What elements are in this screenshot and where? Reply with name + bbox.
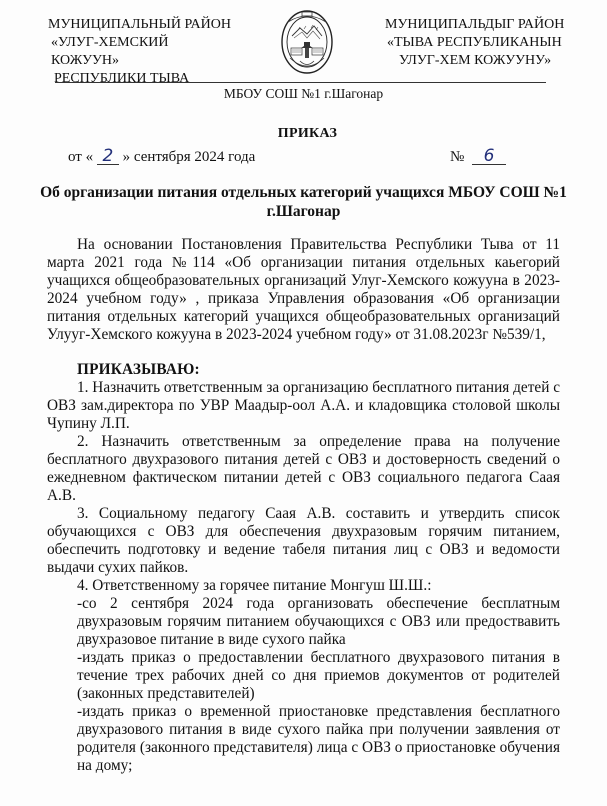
coat-of-arms-icon xyxy=(280,8,334,76)
header-right-line: «ТЫВА РЕСПУБЛИКАНЫН xyxy=(375,34,575,52)
header-left-line: «УЛУГ-ХЕМСКИЙ КОЖУУН» xyxy=(40,34,240,70)
header-divider xyxy=(55,82,546,83)
order-subitem-1: -со 2 сентября 2024 года организовать об… xyxy=(47,595,560,649)
order-item-4: 4. Ответственному за горячее питание Мон… xyxy=(47,577,560,595)
header-right-line: МУНИЦИПАЛЬДЫГ РАЙОН xyxy=(375,16,575,34)
date-suffix: » сентября 2024 года xyxy=(123,149,256,165)
order-number: № 6 xyxy=(450,147,506,167)
header-left-block: МУНИЦИПАЛЬНЫЙ РАЙОН «УЛУГ-ХЕМСКИЙ КОЖУУН… xyxy=(40,16,240,88)
date-prefix: от « xyxy=(68,149,93,165)
order-item-2: 2. Назначить ответственным за определени… xyxy=(47,433,560,505)
subject-line: Об организации питания отдельных категор… xyxy=(40,183,567,202)
number-label: № xyxy=(450,149,464,165)
ordering-heading: ПРИКАЗЫВАЮ: xyxy=(47,361,560,379)
order-date: от « 2 » сентября 2024 года xyxy=(68,147,255,167)
order-subject: Об организации питания отдельных категор… xyxy=(40,183,567,221)
order-item-3: 3. Социальному педагогу Саая А.В. состав… xyxy=(47,505,560,577)
header-left-line: МУНИЦИПАЛЬНЫЙ РАЙОН xyxy=(40,16,240,34)
document-page: МУНИЦИПАЛЬНЫЙ РАЙОН «УЛУГ-ХЕМСКИЙ КОЖУУН… xyxy=(0,0,607,806)
header-right-line: УЛУГ-ХЕМ КОЖУУНУ» xyxy=(375,52,575,70)
header-right-block: МУНИЦИПАЛЬДЫГ РАЙОН «ТЫВА РЕСПУБЛИКАНЫН … xyxy=(375,16,575,70)
order-item-1: 1. Назначить ответственным за организаци… xyxy=(47,379,560,433)
school-name: МБОУ СОШ №1 г.Шагонар xyxy=(0,86,607,102)
subject-line: г.Шагонар xyxy=(40,202,567,221)
order-title: ПРИКАЗ xyxy=(0,125,607,143)
order-body: На основании Постановления Правительства… xyxy=(47,236,560,775)
order-subitem-3: -издать приказ о временной приостановке … xyxy=(47,703,560,775)
order-subitem-2: -издать приказ о предоставлении бесплатн… xyxy=(47,649,560,703)
preamble-paragraph: На основании Постановления Правительства… xyxy=(47,236,560,344)
number-value-handwritten: 6 xyxy=(472,148,506,165)
date-day-handwritten: 2 xyxy=(97,148,119,165)
